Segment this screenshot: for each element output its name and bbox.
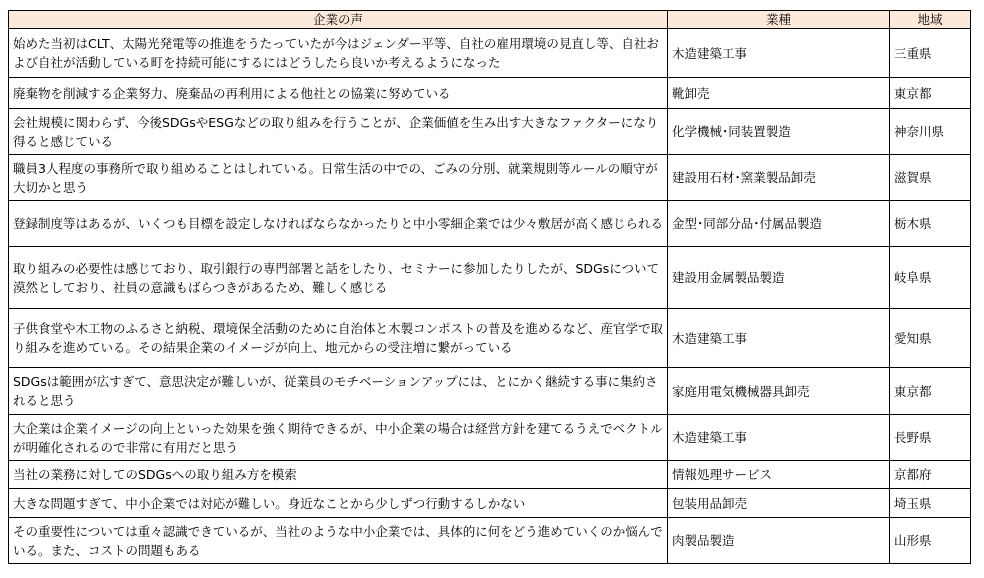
table-row: SDGsは範囲が広すぎて、意思決定が難しいが、従業員のモチベーションアップには、… (9, 368, 971, 415)
voice-cell: 子供食堂や木工物のふるさと納税、環境保全活動のために自治体と木製コンポストの普及… (9, 309, 668, 368)
table-row: 廃棄物を削減する企業努力、廃棄品の再利用による他社との協業に努めている 靴卸売 … (9, 78, 971, 109)
header-voice: 企業の声 (9, 11, 668, 29)
voice-cell: SDGsは範囲が広すぎて、意思決定が難しいが、従業員のモチベーションアップには、… (9, 368, 668, 415)
voice-cell: 職員3人程度の事務所で取り組めることはしれている。日常生活の中での、ごみの分別、… (9, 155, 668, 201)
region-cell: 埼玉県 (890, 489, 971, 518)
industry-cell: 包装用品卸売 (668, 489, 890, 518)
region-cell: 東京都 (890, 368, 971, 415)
table-row: その重要性については重々認識できているが、当社のような中小企業では、具体的に何を… (9, 518, 971, 564)
industry-cell: 建設用金属製品製造 (668, 247, 890, 309)
table-row: 会社規模に関わらず、今後SDGsやESGなどの取り組みを行うことが、企業価値を生… (9, 109, 971, 155)
region-cell: 愛知県 (890, 309, 971, 368)
table-row: 大企業は企業イメージの向上といった効果を強く期待できるが、中小企業の場合は経営方… (9, 415, 971, 461)
table-row: 登録制度等はあるが、いくつも目標を設定しなければならなかったりと中小零細企業では… (9, 201, 971, 247)
region-cell: 長野県 (890, 415, 971, 461)
region-cell: 京都府 (890, 461, 971, 489)
voice-cell: 登録制度等はあるが、いくつも目標を設定しなければならなかったりと中小零細企業では… (9, 201, 668, 247)
industry-cell: 建設用石材･窯業製品卸売 (668, 155, 890, 201)
industry-cell: 肉製品製造 (668, 518, 890, 564)
voice-cell: 大企業は企業イメージの向上といった効果を強く期待できるが、中小企業の場合は経営方… (9, 415, 668, 461)
header-industry: 業種 (668, 11, 890, 29)
voice-cell: 始めた当初はCLT、太陽光発電等の推進をうたっていたが今はジェンダー平等、自社の… (9, 29, 668, 78)
industry-cell: 金型･同部分品･付属品製造 (668, 201, 890, 247)
industry-cell: 木造建築工事 (668, 29, 890, 78)
industry-cell: 木造建築工事 (668, 309, 890, 368)
region-cell: 東京都 (890, 78, 971, 109)
industry-cell: 靴卸売 (668, 78, 890, 109)
voice-cell: 廃棄物を削減する企業努力、廃棄品の再利用による他社との協業に努めている (9, 78, 668, 109)
voice-cell: 大きな問題すぎて、中小企業では対応が難しい。身近なことから少しずつ行動するしかな… (9, 489, 668, 518)
table-row: 職員3人程度の事務所で取り組めることはしれている。日常生活の中での、ごみの分別、… (9, 155, 971, 201)
header-row: 企業の声 業種 地域 (9, 11, 971, 29)
voice-cell: 当社の業務に対してのSDGsへの取り組み方を模索 (9, 461, 668, 489)
region-cell: 三重県 (890, 29, 971, 78)
voice-cell: 取り組みの必要性は感じており、取引銀行の専門部署と話をしたり、セミナーに参加した… (9, 247, 668, 309)
voice-cell: 会社規模に関わらず、今後SDGsやESGなどの取り組みを行うことが、企業価値を生… (9, 109, 668, 155)
table-row: 始めた当初はCLT、太陽光発電等の推進をうたっていたが今はジェンダー平等、自社の… (9, 29, 971, 78)
table-row: 子供食堂や木工物のふるさと納税、環境保全活動のために自治体と木製コンポストの普及… (9, 309, 971, 368)
industry-cell: 木造建築工事 (668, 415, 890, 461)
company-voices-table: 企業の声 業種 地域 始めた当初はCLT、太陽光発電等の推進をうたっていたが今は… (8, 10, 971, 564)
voice-cell: その重要性については重々認識できているが、当社のような中小企業では、具体的に何を… (9, 518, 668, 564)
industry-cell: 家庭用電気機械器具卸売 (668, 368, 890, 415)
table-row: 当社の業務に対してのSDGsへの取り組み方を模索 情報処理サービス 京都府 (9, 461, 971, 489)
region-cell: 栃木県 (890, 201, 971, 247)
region-cell: 滋賀県 (890, 155, 971, 201)
region-cell: 岐阜県 (890, 247, 971, 309)
region-cell: 神奈川県 (890, 109, 971, 155)
region-cell: 山形県 (890, 518, 971, 564)
header-region: 地域 (890, 11, 971, 29)
industry-cell: 情報処理サービス (668, 461, 890, 489)
table-row: 大きな問題すぎて、中小企業では対応が難しい。身近なことから少しずつ行動するしかな… (9, 489, 971, 518)
industry-cell: 化学機械･同装置製造 (668, 109, 890, 155)
table-row: 取り組みの必要性は感じており、取引銀行の専門部署と話をしたり、セミナーに参加した… (9, 247, 971, 309)
